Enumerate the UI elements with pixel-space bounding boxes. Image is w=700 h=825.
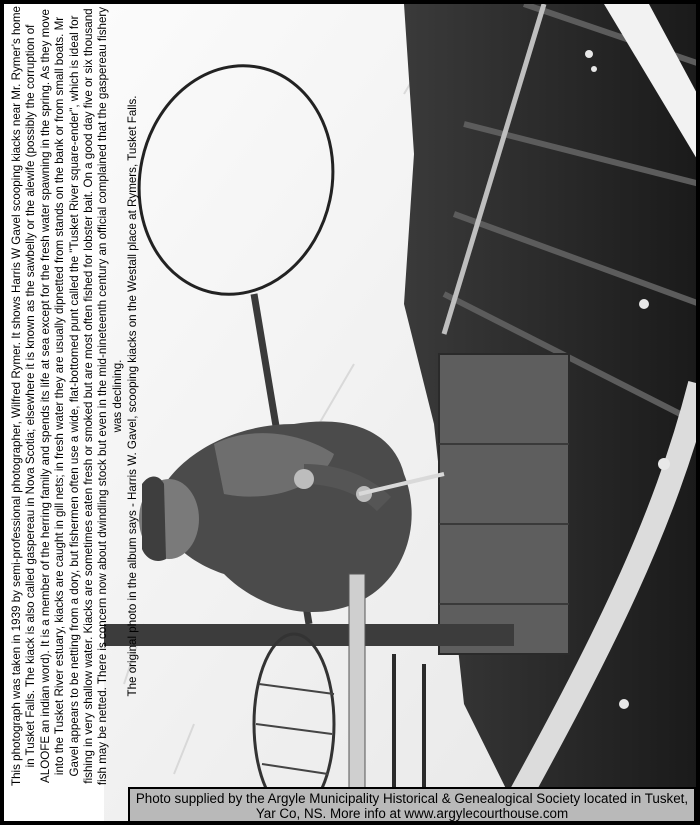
banner-line-2: Yar Co, NS. More info at www.argylecourt… xyxy=(130,806,694,821)
historical-photo xyxy=(104,4,700,825)
document-frame: This photograph was taken in 1939 by sem… xyxy=(0,0,700,825)
photo-illustration xyxy=(104,4,700,825)
caption-block: This photograph was taken in 1939 by sem… xyxy=(4,4,139,825)
banner-line-1: Photo supplied by the Argyle Municipalit… xyxy=(130,791,694,806)
caption-paragraph: This photograph was taken in 1939 by sem… xyxy=(10,6,125,786)
caption-text: This photograph was taken in 1939 by sem… xyxy=(10,6,141,786)
album-note: The original photo in the album says - H… xyxy=(126,6,140,786)
credit-banner: Photo supplied by the Argyle Municipalit… xyxy=(128,787,696,823)
